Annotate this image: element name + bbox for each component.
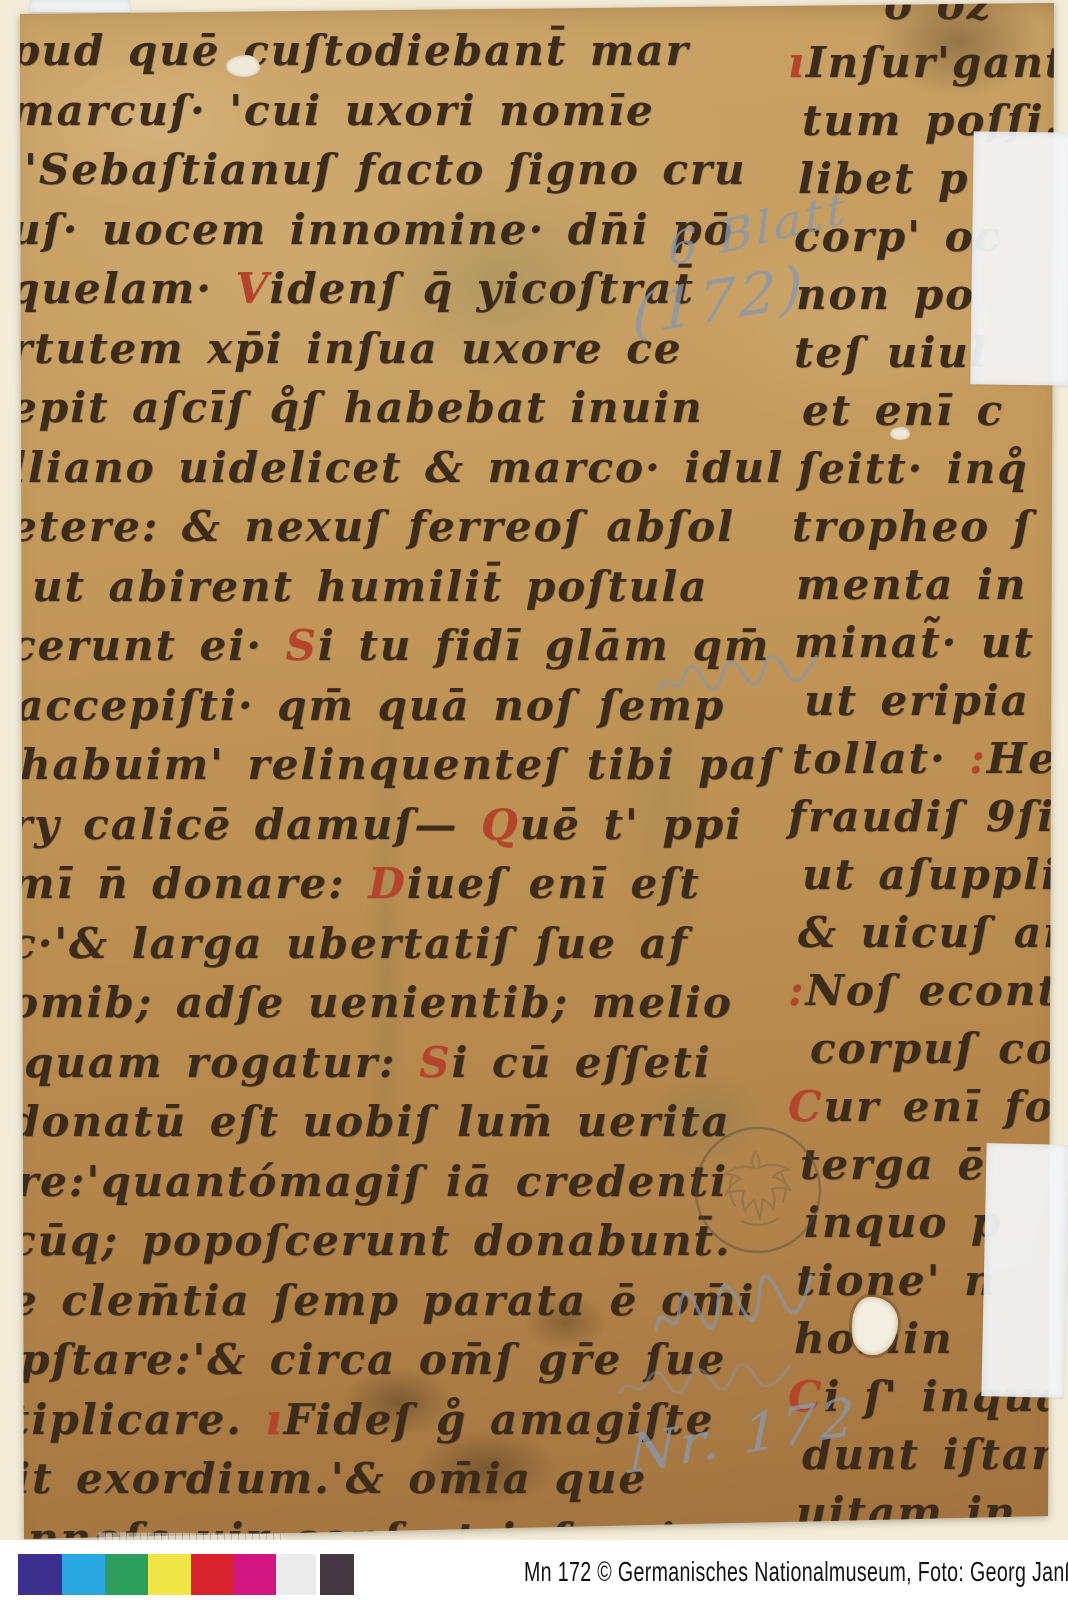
manuscript-line: fraudiſ 9ſi	[788, 792, 1055, 841]
color-calibration-bar	[18, 1554, 354, 1595]
color-swatch	[62, 1554, 105, 1595]
manuscript-line: :Noſ econtra	[788, 966, 1068, 1015]
color-swatch	[234, 1554, 276, 1595]
color-swatch	[320, 1554, 354, 1595]
caption-text: Mn 172 © Germanisches Nationalmuseum, Fo…	[524, 1556, 1068, 1588]
text-column-right: o ozıInſur'ganttum poſſi.libet pcorp' oc…	[0, 0, 1068, 1600]
manuscript-line: & uicuſ ar	[798, 908, 1067, 957]
manuscript-line: ſeitt· inq̊	[798, 444, 1029, 493]
manuscript-line: tione' n	[796, 1256, 997, 1305]
manuscript-line: terga ē	[800, 1140, 986, 1189]
manuscript-line: ıInſur'gant	[788, 38, 1066, 87]
manuscript-line: corpuſ con	[810, 1024, 1068, 1073]
manuscript-line: ut eripia	[804, 676, 1030, 725]
tape-piece	[30, 0, 130, 12]
parchment-leaf: pud quē cuſtodiebant̄ marmarcuſ· 'cui ux…	[0, 0, 1068, 1600]
manuscript-line: ut aſuppli	[802, 850, 1059, 899]
caption-bar: Mn 172 © Germanisches Nationalmuseum, Fo…	[0, 1540, 1068, 1600]
manuscript-line: Cur enī for	[788, 1082, 1068, 1131]
museum-stamp-icon	[683, 1117, 832, 1266]
color-swatch	[105, 1554, 148, 1595]
color-swatch	[276, 1554, 316, 1595]
tape-piece	[970, 131, 1068, 385]
parchment-shadow: pud quē cuſtodiebant̄ marmarcuſ· 'cui ux…	[0, 0, 1068, 1600]
color-swatch	[191, 1554, 234, 1595]
color-swatch	[148, 1554, 191, 1595]
damage-fleck	[226, 55, 260, 77]
manuscript-line: teſ uiul	[794, 328, 988, 377]
manuscript-line: menta in	[796, 560, 1027, 609]
manuscript-line: uitam in	[796, 1488, 1017, 1537]
manuscript-line: minat̃· ut	[794, 618, 1035, 667]
manuscript-line: inquo p	[804, 1198, 1002, 1247]
tape-piece	[981, 1143, 1068, 1398]
color-swatch	[18, 1554, 62, 1595]
manuscript-photo: pud quē cuſtodiebant̄ marmarcuſ· 'cui ux…	[0, 0, 1068, 1600]
damage-fleck	[890, 427, 910, 440]
manuscript-line: o oz	[884, 0, 993, 29]
manuscript-line: tollat· :He	[792, 734, 1057, 783]
manuscript-line: tropheo ſ	[792, 502, 1033, 551]
manuscript-line: non po	[796, 270, 975, 319]
